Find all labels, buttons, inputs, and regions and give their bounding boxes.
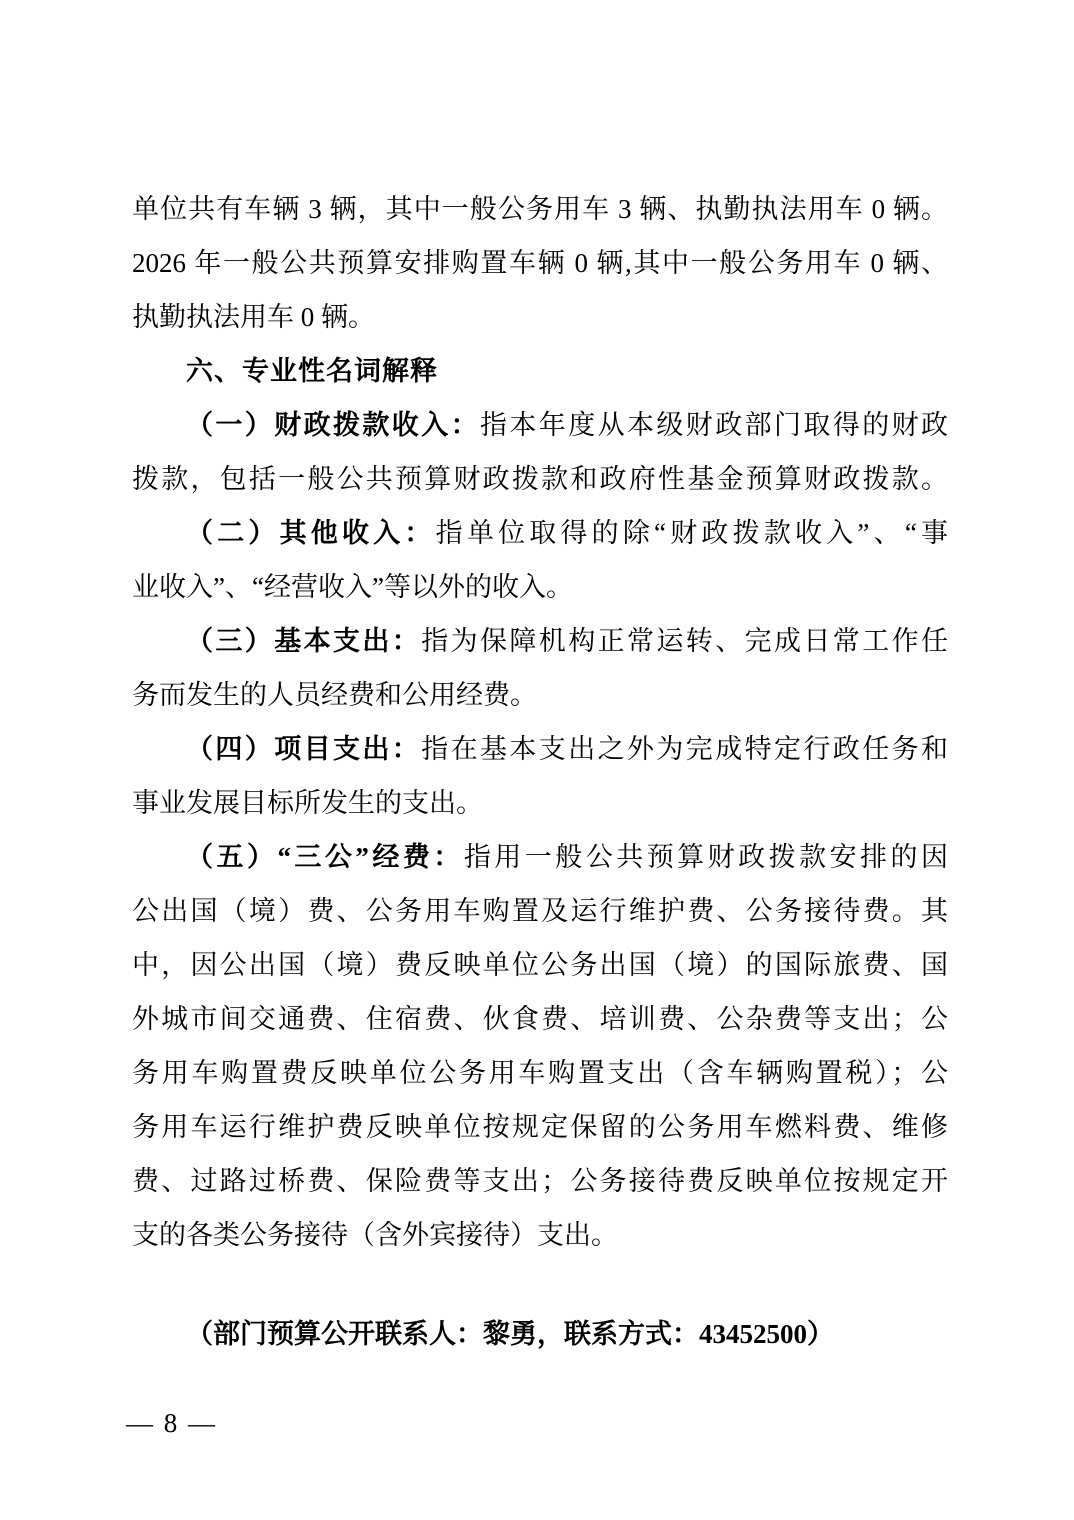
body-run: 执勤执法用车 0 辆。: [132, 302, 375, 332]
document-body: 单位共有车辆 3 辆，其中一般公务用车 3 辆、执勤执法用车 0 辆。2026 …: [132, 182, 948, 1262]
body-run: 公出国（境）费、公务用车购置及运行维护费、公务接待费。其: [132, 896, 948, 926]
text-line: 务用车购置费反映单位公务用车购置支出（含车辆购置税）；公: [132, 1046, 948, 1100]
body-run: 指本年度从本级财政部门取得的财政: [480, 410, 948, 440]
text-line: 务而发生的人员经费和公用经费。: [132, 668, 948, 722]
body-run: 事业发展目标所发生的支出。: [132, 788, 483, 818]
text-line: 业收入”、“经营收入”等以外的收入。: [132, 560, 948, 614]
page-number: — 8 —: [126, 1401, 217, 1445]
term-label: （二）其他收入：: [186, 518, 436, 548]
text-line: （二）其他收入：指单位取得的除“财政拨款收入”、“事: [132, 506, 948, 560]
body-run: 务而发生的人员经费和公用经费。: [132, 680, 537, 710]
body-run: 指在基本支出之外为完成特定行政任务和: [421, 734, 948, 764]
text-line: 公出国（境）费、公务用车购置及运行维护费、公务接待费。其: [132, 884, 948, 938]
text-line: 费、过路过桥费、保险费等支出；公务接待费反映单位按规定开: [132, 1154, 948, 1208]
text-line: 拨款，包括一般公共预算财政拨款和政府性基金预算财政拨款。: [132, 452, 948, 506]
body-run: 指单位取得的除“财政拨款收入”、“事: [436, 518, 948, 548]
body-run: 指用一般公共预算财政拨款安排的因: [464, 842, 948, 872]
body-run: 单位共有车辆 3 辆，其中一般公务用车 3 辆、执勤执法用车 0 辆。: [132, 194, 948, 224]
contact-line: （部门预算公开联系人：黎勇，联系方式：43452500）: [132, 1307, 948, 1361]
section-heading: 六、专业性名词解释: [132, 344, 948, 398]
body-run: 外城市间交通费、住宿费、伙食费、培训费、公杂费等支出；公: [132, 1004, 948, 1034]
body-run: 拨款，包括一般公共预算财政拨款和政府性基金预算财政拨款。: [132, 464, 948, 494]
text-line: 执勤执法用车 0 辆。: [132, 290, 948, 344]
body-run: 2026 年一般公共预算安排购置车辆 0 辆,其中一般公务用车 0 辆、: [132, 248, 948, 278]
term-label: （三）基本支出：: [186, 626, 421, 656]
body-run: 支的各类公务接待（含外宾接待）支出。: [132, 1220, 618, 1250]
text-line: 事业发展目标所发生的支出。: [132, 776, 948, 830]
body-run: 务用车运行维护费反映单位按规定保留的公务用车燃料费、维修: [132, 1112, 948, 1142]
body-run: 务用车购置费反映单位公务用车购置支出（含车辆购置税）；公: [132, 1058, 948, 1088]
term-label: （一）财政拨款收入：: [186, 410, 480, 440]
text-line: （三）基本支出：指为保障机构正常运转、完成日常工作任: [132, 614, 948, 668]
body-run: 指为保障机构正常运转、完成日常工作任: [421, 626, 948, 656]
text-line: 务用车运行维护费反映单位按规定保留的公务用车燃料费、维修: [132, 1100, 948, 1154]
document-page: 单位共有车辆 3 辆，其中一般公务用车 3 辆、执勤执法用车 0 辆。2026 …: [0, 0, 1074, 1520]
text-line: 单位共有车辆 3 辆，其中一般公务用车 3 辆、执勤执法用车 0 辆。: [132, 182, 948, 236]
text-line: （一）财政拨款收入：指本年度从本级财政部门取得的财政: [132, 398, 948, 452]
text-line: 中，因公出国（境）费反映单位公务出国（境）的国际旅费、国: [132, 938, 948, 992]
term-label: 六、专业性名词解释: [186, 356, 438, 386]
body-run: 中，因公出国（境）费反映单位公务出国（境）的国际旅费、国: [132, 950, 948, 980]
text-line: （四）项目支出：指在基本支出之外为完成特定行政任务和: [132, 722, 948, 776]
text-line: 外城市间交通费、住宿费、伙食费、培训费、公杂费等支出；公: [132, 992, 948, 1046]
term-label: （四）项目支出：: [186, 734, 421, 764]
term-label: （五）“三公”经费：: [186, 842, 464, 872]
body-run: 费、过路过桥费、保险费等支出；公务接待费反映单位按规定开: [132, 1166, 948, 1196]
text-line: 支的各类公务接待（含外宾接待）支出。: [132, 1208, 948, 1262]
text-line: （五）“三公”经费：指用一般公共预算财政拨款安排的因: [132, 830, 948, 884]
body-run: 业收入”、“经营收入”等以外的收入。: [132, 572, 573, 602]
text-line: 2026 年一般公共预算安排购置车辆 0 辆,其中一般公务用车 0 辆、: [132, 236, 948, 290]
